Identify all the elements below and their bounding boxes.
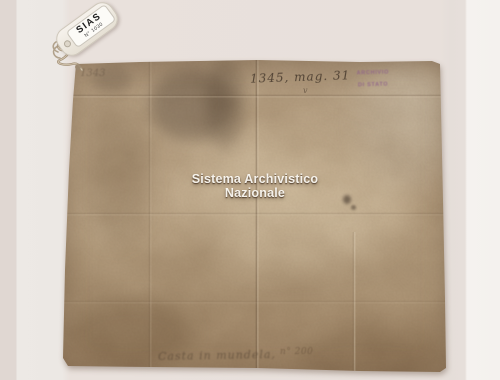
bottom-number: n° 200 (280, 347, 313, 357)
faint-pencil-mark: 1343 (80, 68, 105, 79)
archive-stamp: ARCHIVIO DI STATO (346, 67, 401, 91)
archive-stamp-line2: DI STATO (346, 79, 400, 92)
parchment-edge-shading (62, 58, 448, 374)
bottom-handwriting: Casta in mundela, (158, 348, 276, 363)
photo-scene: 1343 1345, mag. 31 v ARCHIVIO DI STATO C… (0, 0, 500, 380)
handwritten-flourish: v (303, 86, 308, 95)
watermark: Sistema Archivistico Nazionale (160, 172, 350, 200)
parchment-document: 1343 1345, mag. 31 v ARCHIVIO DI STATO C… (0, 0, 500, 380)
parchment-surface: 1343 1345, mag. 31 v ARCHIVIO DI STATO C… (0, 0, 500, 380)
